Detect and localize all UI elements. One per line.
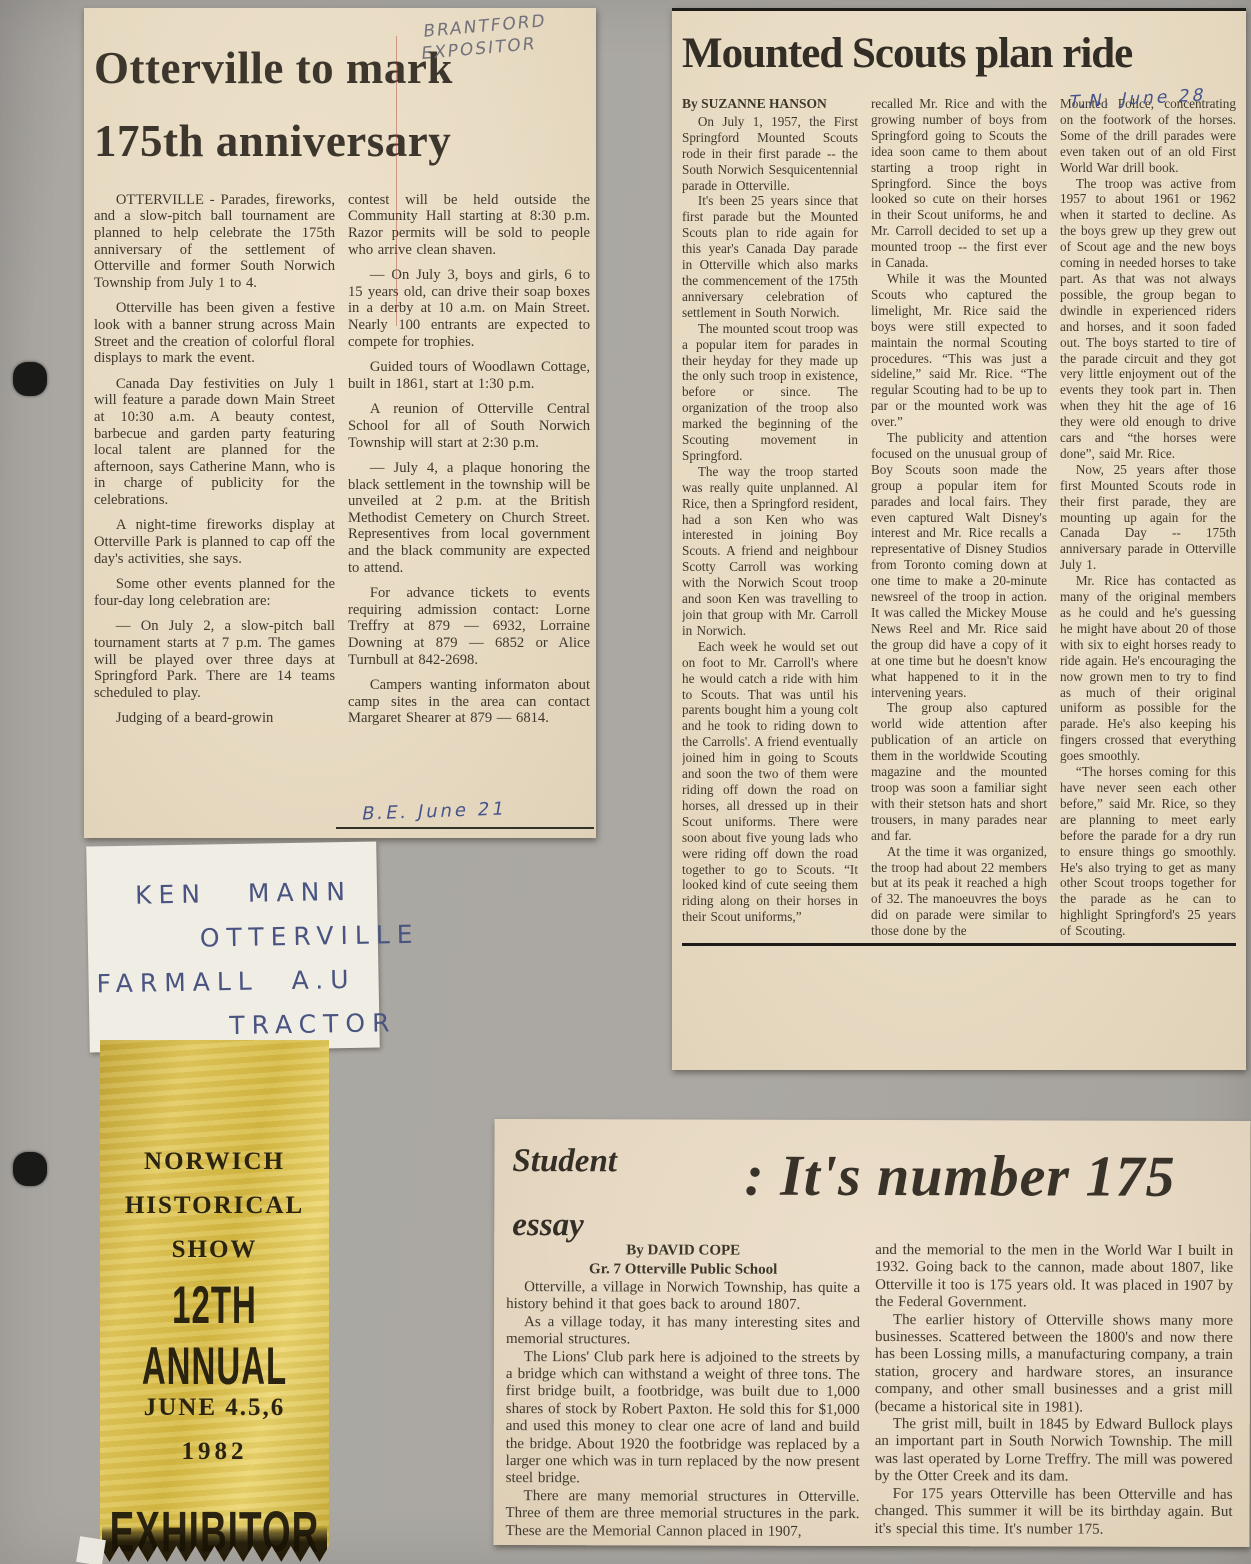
clipping2-column-1: By SUZANNE HANSON On July 1, 1957, the F… <box>682 96 858 939</box>
ribbon-show-name: HISTORICAL <box>100 1184 329 1228</box>
paper-scrap <box>76 1536 106 1564</box>
bottom-rule <box>336 827 594 829</box>
paragraph: The Lions' Club park here is adjoined to… <box>506 1349 860 1489</box>
paragraph: “The horses coming for this have never s… <box>1060 764 1236 939</box>
clipping1-column-1: OTTERVILLE - Parades, fireworks, and a s… <box>94 192 335 736</box>
paragraph: The way the troop started was really qui… <box>682 464 858 639</box>
kicker-line-1: Student <box>512 1143 617 1179</box>
handwritten-note-ken-mann: KEN MANN OTTERVILLE FARMALL A.U TRACTOR <box>86 841 380 1052</box>
paragraph: Canada Day festivities on July 1 will fe… <box>94 376 335 509</box>
ribbon-date: JUNE 4.5,6 <box>100 1394 329 1422</box>
clipping2-headline: Mounted Scouts plan ride <box>682 29 1236 78</box>
paragraph: It's been 25 years since that first para… <box>682 193 858 320</box>
clipping-otterville-anniversary: BRANTFORD EXPOSITOR Otterville to mark 1… <box>84 8 596 838</box>
paragraph: and the memorial to the men in the World… <box>875 1242 1233 1313</box>
paragraph: There are many memorial structures in Ot… <box>505 1488 859 1541</box>
clipping3-header: Student essay : It's number 175 <box>506 1125 1238 1243</box>
note-line: FARMALL A.U <box>88 957 379 1006</box>
paragraph: A night-time fireworks display at Otterv… <box>94 517 335 567</box>
paragraph: The mounted scout troop was a popular it… <box>682 321 858 464</box>
clipping1-body: OTTERVILLE - Parades, fireworks, and a s… <box>94 192 590 736</box>
paragraph: The group also captured world wide atten… <box>871 700 1047 843</box>
paragraph: A reunion of Otterville Central School f… <box>348 401 590 451</box>
clipping2-body: By SUZANNE HANSON On July 1, 1957, the F… <box>682 96 1236 946</box>
paragraph: The grist mill, built in 1845 by Edward … <box>875 1416 1233 1487</box>
ink-stamp-strip <box>102 1526 327 1562</box>
headline-line-1: Otterville to mark <box>94 43 453 93</box>
fold-crease-mark <box>396 36 397 326</box>
ribbon-annual: 12TH ANNUAL <box>100 1275 329 1397</box>
hole-punch-top <box>13 362 47 396</box>
paragraph: As a village today, it has many interest… <box>506 1314 860 1350</box>
paragraph: — On July 3, boys and girls, 6 to 15 yea… <box>348 267 590 350</box>
note-line: OTTERVILLE <box>87 913 378 962</box>
kicker: Student essay <box>512 1129 617 1257</box>
paragraph: — On July 2, a slow-pitch ball tournamen… <box>94 618 335 701</box>
clipping3-column-2: and the memorial to the men in the World… <box>874 1242 1233 1542</box>
paragraph: Now, 25 years after those first Mounted … <box>1060 462 1236 573</box>
paragraph: recalled Mr. Rice and with the growing n… <box>871 96 1047 271</box>
note-line: KEN MANN <box>87 869 378 918</box>
clipping1-column-2: contest will be held outside the Communi… <box>348 192 590 736</box>
exhibitor-ribbon: NORWICH HISTORICAL SHOW 12TH ANNUAL JUNE… <box>100 1040 329 1562</box>
clipping-student-essay: Student essay : It's number 175 By DAVID… <box>493 1119 1250 1547</box>
scrapbook-page: BRANTFORD EXPOSITOR Otterville to mark 1… <box>0 0 1251 1564</box>
ribbon-year: 1982 <box>100 1438 329 1466</box>
clipping2-column-3: Mounted Police, concentrating on the foo… <box>1060 96 1236 939</box>
paragraph: The earlier history of Otterville shows … <box>875 1312 1233 1417</box>
paragraph: Mr. Rice has contacted as many of the or… <box>1060 573 1236 764</box>
clipping3-body: By DAVID COPE Gr. 7 Otterville Public Sc… <box>505 1241 1238 1542</box>
hole-punch-bottom <box>13 1152 47 1186</box>
ribbon-show-name: SHOW <box>100 1228 329 1272</box>
clipping-mounted-scouts: Mounted Scouts plan ride T.N. June 28 By… <box>672 8 1246 1070</box>
paragraph: Campers wanting informaton about camp si… <box>348 677 590 727</box>
paragraph: — July 4, a plaque honoring the black se… <box>348 460 590 576</box>
paragraph: Judging of a beard-growin <box>94 710 335 727</box>
paragraph: For 175 years Otterville has been Otterv… <box>874 1486 1232 1539</box>
paragraph: OTTERVILLE - Parades, fireworks, and a s… <box>94 192 335 292</box>
ribbon-show-name: NORWICH <box>100 1140 329 1184</box>
paragraph: Some other events planned for the four-d… <box>94 576 335 609</box>
kicker-line-2: essay <box>512 1207 584 1243</box>
paragraph: While it was the Mounted Scouts who capt… <box>871 271 1047 430</box>
paragraph: At the time it was organized, the troop … <box>871 844 1047 939</box>
paragraph: Guided tours of Woodlawn Cottage, built … <box>348 359 590 392</box>
paragraph: On July 1, 1957, the First Springford Mo… <box>682 114 858 194</box>
paragraph: For advance tickets to events requiring … <box>348 585 590 668</box>
clipping3-column-1: By DAVID COPE Gr. 7 Otterville Public Sc… <box>505 1241 860 1541</box>
paragraph: The publicity and attention focused on t… <box>871 430 1047 700</box>
headline-line-2: 175th anniversary <box>94 116 451 166</box>
paragraph: Otterville, a village in Norwich Townshi… <box>506 1279 860 1315</box>
paragraph: The troop was active from 1957 to about … <box>1060 176 1236 462</box>
ribbon-text: NORWICH HISTORICAL SHOW 12TH ANNUAL JUNE… <box>100 1040 329 1554</box>
handwritten-date-note: B.E. June 21 <box>360 798 508 824</box>
byline-school: Gr. 7 Otterville Public School <box>506 1260 860 1280</box>
clipping3-headline: : It's number 175 <box>744 1142 1175 1210</box>
clipping2-column-2: recalled Mr. Rice and with the growing n… <box>871 96 1047 939</box>
paragraph: contest will be held outside the Communi… <box>348 192 590 258</box>
paragraph: Otterville has been given a festive look… <box>94 300 335 366</box>
paragraph: Each week he would set out on foot to Mr… <box>682 639 858 925</box>
byline: By SUZANNE HANSON <box>682 96 858 112</box>
